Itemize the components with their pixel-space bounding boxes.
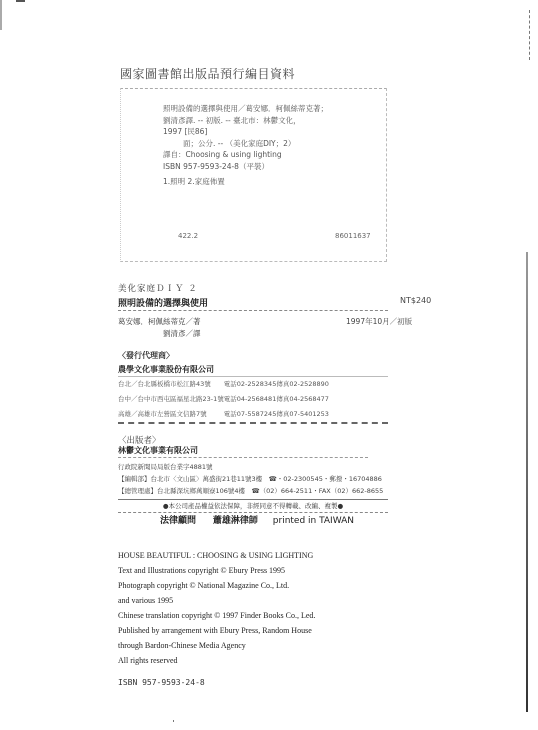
english-line: HOUSE BEAUTIFUL : CHOOSING & USING LIGHT… (118, 548, 315, 563)
english-line: Published by arrangement with Ebury Pres… (118, 623, 315, 638)
cip-line: 劉清彥譯. -- 初版. -- 臺北市：林鬱文化， (163, 115, 328, 127)
legal-counsel-label: 法律顧問 (160, 516, 196, 526)
distributor-company: 農學文化事業股份有限公司 (118, 364, 214, 375)
office-fax: 傳真04-2568477 (276, 394, 329, 409)
english-line: Chinese translation copyright © 1997 Fin… (118, 608, 315, 623)
copyright-notice: ●本公司產品權益依法保障，非經同意不得轉載、改編、複製● (118, 501, 388, 510)
divider (118, 310, 388, 312)
cip-record-number: 86011637 (335, 232, 371, 240)
office-row: 台北／台北縣板橋市松江路43號 電話02-2528345 傳真02-252889… (118, 379, 329, 394)
office-row: 台中／台中市西屯區福星北路23-1號 電話04-2568481 傳真04-256… (118, 394, 329, 409)
book-translator: 劉清彥／譯 (163, 328, 201, 339)
english-line: Text and Illustrations copyright © Ebury… (118, 563, 315, 578)
scan-artifact-speck (173, 720, 174, 722)
cip-record: 照明設備的選擇與使用／葛安娜．柯佩絲蒂克著； 劉清彥譯. -- 初版. -- 臺… (163, 103, 328, 188)
scan-artifact-right-top (529, 10, 531, 60)
divider (118, 457, 368, 459)
legal-counsel: 法律顧問 蕭雄淋律師 printed in TAIWAN (160, 513, 354, 526)
cip-line: 面；公分. -- （美化家庭DIY；2） (163, 138, 328, 150)
office-address: 台北／台北縣板橋市松江路43號 (118, 379, 224, 394)
book-edition: 1997年10月／初版 (346, 316, 412, 327)
english-copyright-block: HOUSE BEAUTIFUL : CHOOSING & USING LIGHT… (118, 548, 315, 668)
cip-line: 照明設備的選擇與使用／葛安娜．柯佩絲蒂克著； (163, 103, 328, 115)
legal-counsel-name: 蕭雄淋律師 (213, 516, 258, 526)
publisher-company: 林鬱文化事業有限公司 (118, 445, 198, 456)
english-line: Photograph copyright © National Magazine… (118, 578, 315, 593)
cip-line: 譯自：Choosing & using lighting (163, 149, 328, 161)
publisher-editorial-address: 【編輯部】台北市〈文山區〉萬盛街21巷11號3樓 ☎・02-2300545・郵撥… (118, 473, 383, 485)
scan-artifact-page-edge (526, 252, 528, 712)
isbn: ISBN 957-9593-24-8 (118, 678, 205, 687)
publisher-license: 行政院新聞局局版台業字4881號 (118, 461, 383, 473)
book-authors: 葛安娜．柯佩絲蒂克／著 (118, 316, 201, 327)
book-title: 照明設備的選擇與使用 (118, 296, 208, 309)
office-phone: 電話02-2528345 (224, 379, 277, 394)
printed-in: printed in TAIWAN (273, 516, 354, 526)
office-address: 台中／台中市西屯區福星北路23-1號 (118, 394, 224, 409)
distributor-heading: 〈發行代理商〉 (118, 350, 174, 361)
english-line: All rights reserved (118, 653, 315, 668)
cip-line: 1997 [民86] (163, 126, 328, 138)
series-name: 美化家庭ＤＩＹ ２ (118, 282, 198, 294)
divider (118, 422, 388, 426)
cip-line: ISBN 957-9593-24-8（平裝） (163, 161, 328, 173)
scan-artifact-left (0, 0, 2, 30)
scan-artifact-top (16, 0, 25, 2)
distributor-offices: 台北／台北縣板橋市松江路43號 電話02-2528345 傳真02-252889… (118, 379, 329, 424)
cip-line: 1.照明 2.家庭佈置 (163, 176, 328, 188)
cip-classification: 422.2 (178, 232, 198, 240)
cip-title: 國家圖書館出版品預行編目資料 (120, 65, 295, 82)
english-line: and various 1995 (118, 593, 315, 608)
english-line: through Bardon-Chinese Media Agency (118, 638, 315, 653)
divider (118, 376, 388, 378)
publisher-admin-address: 【總管理處】台北縣深坑鄉萬順寮106號4樓 ☎（02）664-2511・FAX（… (118, 485, 383, 497)
book-price: NT$240 (400, 296, 431, 305)
office-fax: 傳真02-2528890 (276, 379, 329, 394)
publisher-details: 行政院新聞局局版台業字4881號 【編輯部】台北市〈文山區〉萬盛街21巷11號3… (118, 461, 383, 497)
office-phone: 電話04-2568481 (224, 394, 277, 409)
